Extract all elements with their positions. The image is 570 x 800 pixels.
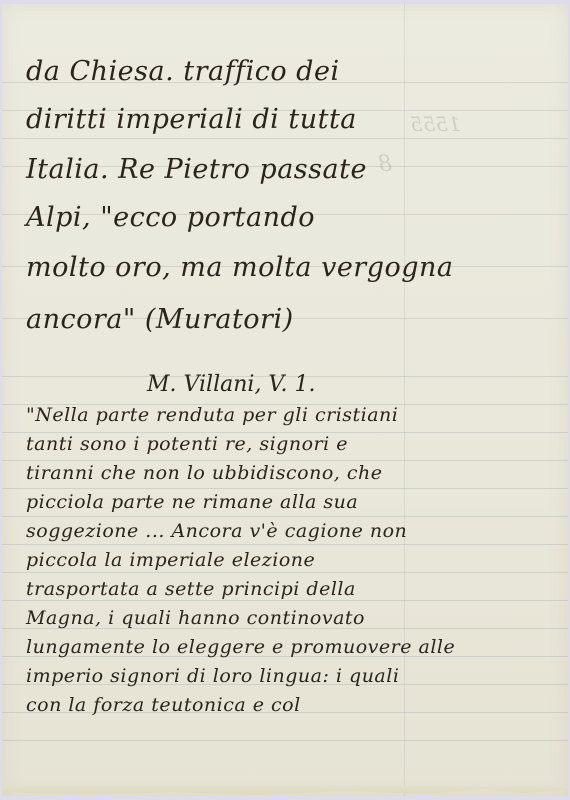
manuscript-line: molto oro, ma molta vergogna bbox=[26, 252, 454, 283]
bleed-through-text: 1555 bbox=[410, 112, 461, 136]
manuscript-line: imperio signori di loro lingua: i quali bbox=[26, 665, 399, 687]
manuscript-line: diritti imperiali di tutta bbox=[26, 104, 357, 135]
ruled-line bbox=[2, 138, 568, 139]
manuscript-line: "Nella parte renduta per gli cristiani bbox=[26, 404, 398, 426]
ruled-line bbox=[2, 488, 568, 489]
ruled-line bbox=[2, 600, 568, 601]
ruled-line bbox=[2, 460, 568, 461]
manuscript-line: Alpi, "ecco portando bbox=[26, 202, 315, 233]
manuscript-line: piccola la imperiale elezione bbox=[26, 549, 315, 571]
margin-line bbox=[404, 4, 405, 796]
ruled-line bbox=[2, 740, 568, 741]
ruled-line bbox=[2, 544, 568, 545]
torn-paper-edge bbox=[2, 786, 568, 796]
manuscript-line: lungamente lo eleggere e promuovere alle bbox=[26, 636, 455, 658]
manuscript-line: Magna, i quali hanno continovato bbox=[26, 607, 365, 629]
manuscript-line: tiranni che non lo ubbidiscono, che bbox=[26, 462, 382, 484]
manuscript-line: picciola parte ne rimane alla sua bbox=[26, 491, 358, 513]
manuscript-line: Italia. Re Pietro passate bbox=[26, 154, 367, 185]
ruled-line bbox=[2, 572, 568, 573]
manuscript-line: trasportata a sette principi della bbox=[26, 578, 356, 600]
bleed-through-text: 8 bbox=[378, 152, 392, 177]
manuscript-line: soggezione ... Ancora v'è cagione non bbox=[26, 520, 407, 542]
manuscript-line: con la forza teutonica e col bbox=[26, 694, 301, 716]
ruled-line bbox=[2, 516, 568, 517]
citation-heading: M. Villani, V. 1. bbox=[147, 372, 315, 397]
manuscript-page: 1555 8 da Chiesa. traffico dei diritti i… bbox=[2, 4, 568, 796]
manuscript-line: ancora" (Muratori) bbox=[26, 304, 294, 335]
manuscript-line: tanti sono i potenti re, signori e bbox=[26, 433, 348, 455]
manuscript-line: da Chiesa. traffico dei bbox=[26, 56, 340, 87]
